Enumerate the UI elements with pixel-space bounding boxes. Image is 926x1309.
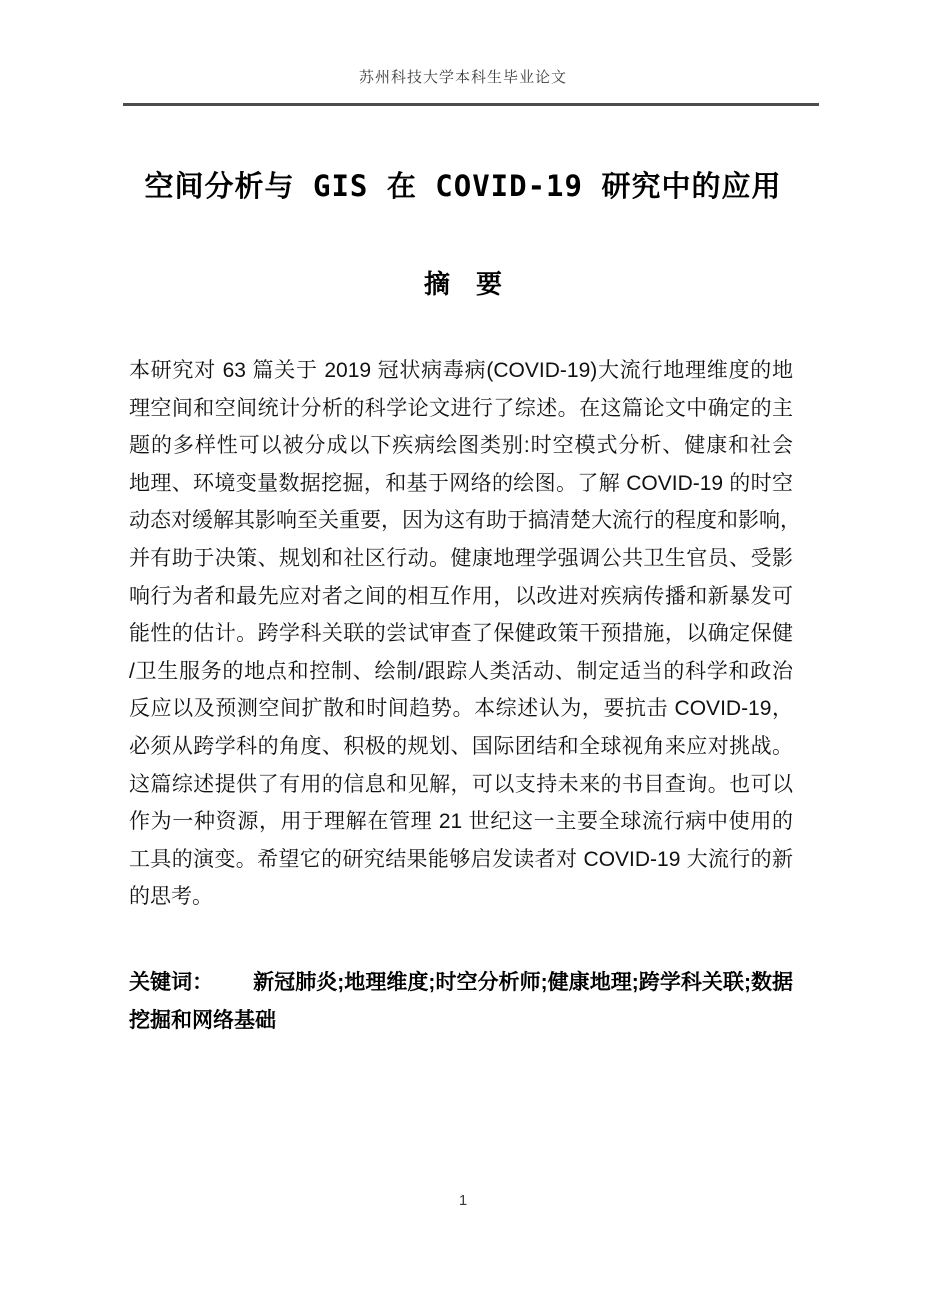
abstract-line: 本研究对 63 篇关于 2019 冠状病毒病(COVID-19)大流行地理维度的… (129, 352, 793, 390)
running-header: 苏州科技大学本科生毕业论文 (0, 66, 926, 87)
abstract-heading: 摘 要 (0, 264, 926, 301)
abstract-line: 必须从跨学科的角度、积极的规划、国际团结和全球视角来应对挑战。 (129, 728, 793, 766)
abstract-line: 反应以及预测空间扩散和时间趋势。本综述认为，要抗击 COVID-19， (129, 690, 793, 728)
abstract-line: 响行为者和最先应对者之间的相互作用，以改进对疾病传播和新暴发可 (129, 578, 793, 616)
document-title: 空间分析与 GIS 在 COVID-19 研究中的应用 (0, 164, 926, 205)
header-divider-rule (123, 103, 819, 106)
abstract-line: 地理、环境变量数据挖掘，和基于网络的绘图。了解 COVID-19 的时空 (129, 465, 793, 503)
page-number: 1 (0, 1192, 926, 1209)
keywords-label: 关键词： (129, 971, 253, 994)
abstract-line: 工具的演变。希望它的研究结果能够启发读者对 COVID-19 大流行的新 (129, 841, 793, 879)
keywords-section: 关键词：新冠肺炎;地理维度;时空分析师;健康地理;跨学科关联;数据挖掘和网络基础 (129, 964, 793, 1039)
thesis-abstract-page: 苏州科技大学本科生毕业论文 空间分析与 GIS 在 COVID-19 研究中的应… (0, 0, 926, 1309)
abstract-line: 并有助于决策、规划和社区行动。健康地理学强调公共卫生官员、受影 (129, 540, 793, 578)
abstract-line: 题的多样性可以被分成以下疾病绘图类别:时空模式分析、健康和社会 (129, 427, 793, 465)
abstract-line: 作为一种资源，用于理解在管理 21 世纪这一主要全球流行病中使用的 (129, 803, 793, 841)
abstract-line: 动态对缓解其影响至关重要，因为这有助于搞清楚大流行的程度和影响， (129, 502, 793, 540)
abstract-line: 理空间和空间统计分析的科学论文进行了综述。在这篇论文中确定的主 (129, 390, 793, 428)
abstract-line: 的思考。 (129, 878, 793, 916)
abstract-line: 能性的估计。跨学科关联的尝试审查了保健政策干预措施，以确定保健 (129, 615, 793, 653)
abstract-line: 这篇综述提供了有用的信息和见解，可以支持未来的书目查询。也可以 (129, 766, 793, 804)
abstract-line: /卫生服务的地点和控制、绘制/跟踪人类活动、制定适当的科学和政治 (129, 653, 793, 691)
abstract-body: 本研究对 63 篇关于 2019 冠状病毒病(COVID-19)大流行地理维度的… (129, 352, 793, 916)
